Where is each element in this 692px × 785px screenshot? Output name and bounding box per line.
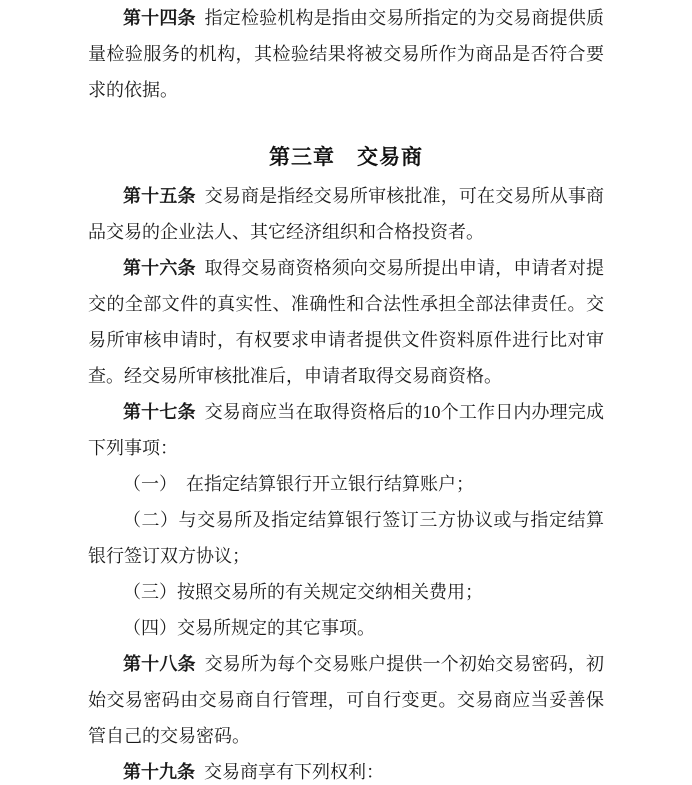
- article-paragraph: 第十七条交易商应当在取得资格后的10个工作日内办理完成下列事项：: [88, 394, 604, 466]
- list-item: （三）按照交易所的有关规定交纳相关费用；: [88, 574, 604, 610]
- article-paragraph: 第十四条指定检验机构是指由交易所指定的为交易商提供质量检验服务的机构，其检验结果…: [88, 0, 604, 108]
- article-text: 交易商享有下列权利：: [204, 762, 384, 782]
- article-paragraph: 第十六条取得交易商资格须向交易所提出申请，申请者对提交的全部文件的真实性、准确性…: [88, 250, 604, 394]
- document-page: 第十四条指定检验机构是指由交易所指定的为交易商提供质量检验服务的机构，其检验结果…: [0, 0, 692, 785]
- article-paragraph: 第十八条交易所为每个交易账户提供一个初始交易密码，初始交易密码由交易商自行管理，…: [88, 646, 604, 754]
- list-item: （二）与交易所及指定结算银行签订三方协议或与指定结算银行签订双方协议；: [88, 502, 604, 574]
- list-item: （一） 在指定结算银行开立银行结算账户；: [88, 466, 604, 502]
- chapter-heading: 第三章 交易商: [88, 138, 604, 178]
- article-paragraph: 第十九条交易商享有下列权利：: [88, 754, 604, 785]
- article-number: 第十八条: [123, 654, 196, 674]
- article-number: 第十六条: [123, 258, 196, 278]
- article-number: 第十七条: [123, 402, 196, 422]
- article-paragraph: 第十五条交易商是指经交易所审核批准，可在交易所从事商品交易的企业法人、其它经济组…: [88, 178, 604, 250]
- article-number: 第十四条: [123, 8, 196, 28]
- article-number: 第十九条: [123, 762, 195, 782]
- article-number: 第十五条: [123, 186, 196, 206]
- list-item: （四）交易所规定的其它事项。: [88, 610, 604, 646]
